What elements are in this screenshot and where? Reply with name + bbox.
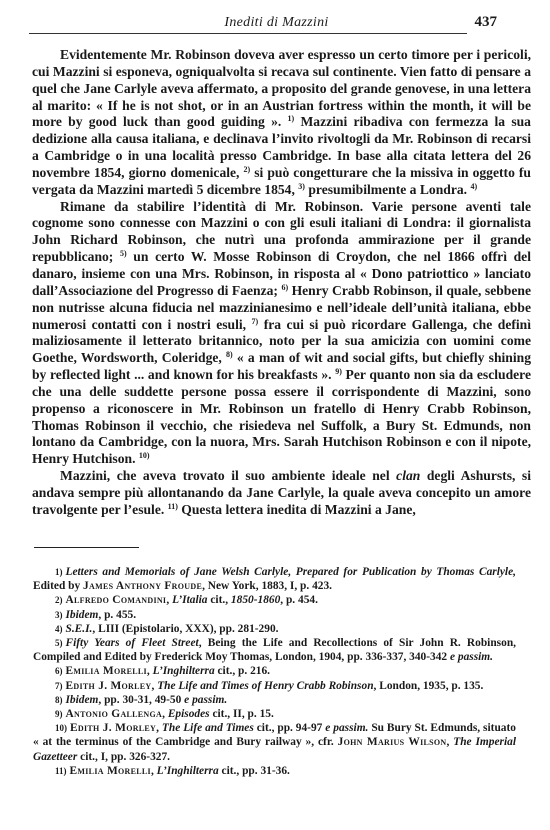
footnote: 3)Ibidem, p. 455. [33, 608, 516, 622]
body-text: Evidentemente Mr. Robinson doveva aver e… [32, 47, 531, 519]
italic-text: Letters and Memorials of Jane Welsh Carl… [66, 566, 517, 578]
footnote-number: 3) [55, 610, 63, 620]
footnote: 9)Antonio Gallenga, Episodes cit., II, p… [33, 707, 516, 721]
footnote-number: 4) [55, 624, 63, 634]
footnote: 1)Letters and Memorials of Jane Welsh Ca… [33, 565, 516, 593]
italic-text: e passim. [450, 651, 493, 663]
footnote-reference: 4) [470, 182, 477, 191]
author-name: Emilia Morelli [66, 665, 147, 677]
italic-text: 1850-1860 [231, 594, 280, 606]
italic-text: Episodes [168, 708, 210, 720]
footnote: 8)Ibidem, pp. 30-31, 49-50 e passim. [33, 693, 516, 707]
footnote-reference: 9) [335, 367, 342, 376]
body-paragraph: Rimane da stabilire l’identità di Mr. Ro… [32, 199, 531, 469]
italic-text: The Life and Times of Henry Crabb Robins… [157, 680, 373, 692]
italic-text: The Life and Times [162, 722, 254, 734]
footnote-reference: 11) [168, 502, 178, 511]
footnote: 5)Fifty Years of Fleet Street, Being the… [33, 636, 516, 664]
italic-text: e passim. [325, 722, 368, 734]
footnote-number: 10) [55, 723, 67, 733]
footnote-reference: 1) [288, 114, 295, 123]
author-name: John Marius Wilson [338, 736, 447, 748]
italic-text: e passim. [184, 694, 227, 706]
author-name: Edith J. Morley [70, 722, 156, 734]
italic-text: clan [396, 468, 420, 483]
footnote: 2)Alfredo Comandini, L’Italia cit., 1850… [33, 593, 516, 607]
italic-text: L’Inghilterra [157, 765, 219, 777]
author-name: James Anthony Froude [83, 580, 202, 592]
footnote-reference: 7) [252, 317, 259, 326]
body-paragraph: Evidentemente Mr. Robinson doveva aver e… [32, 47, 531, 199]
footnote: 4)S.E.I., LIII (Epistolario, XXX), pp. 2… [33, 622, 516, 636]
author-name: Alfredo Comandini [66, 594, 167, 606]
author-name: Emilia Morelli [70, 765, 151, 777]
footnote-number: 8) [55, 695, 63, 705]
italic-text: S.E.I. [66, 623, 93, 635]
italic-text: Fifty Years of Fleet Street [66, 637, 199, 649]
footnote: 6)Emilia Morelli, L’Inghilterra cit., p.… [33, 664, 516, 678]
footnote-reference: 8) [226, 350, 233, 359]
page-header: Inediti di Mazzini 437 [30, 14, 467, 34]
footnote-reference: 3) [298, 182, 305, 191]
italic-text: L’Italia [172, 594, 207, 606]
footnote-rule [34, 547, 139, 548]
footnote: 10)Edith J. Morley, The Life and Times c… [33, 721, 516, 764]
page-number: 437 [475, 14, 498, 31]
footnote-reference: 5) [120, 249, 127, 258]
footnotes: 1)Letters and Memorials of Jane Welsh Ca… [33, 565, 516, 778]
footnote-number: 9) [55, 709, 63, 719]
footnote-number: 5) [55, 638, 63, 648]
italic-text: Ibidem [66, 694, 99, 706]
running-title: Inediti di Mazzini [30, 15, 467, 31]
footnote: 11)Emilia Morelli, L’Inghilterra cit., p… [33, 764, 516, 778]
footnote-number: 7) [55, 681, 63, 691]
footnote-number: 11) [55, 766, 67, 776]
footnote-reference: 2) [244, 165, 251, 174]
footnote-number: 6) [55, 666, 63, 676]
body-paragraph: Mazzini, che aveva trovato il suo ambien… [32, 468, 531, 519]
footnote-number: 2) [55, 595, 63, 605]
footnote-number: 1) [55, 567, 63, 577]
header-rule [29, 33, 467, 34]
footnote-reference: 6) [281, 283, 288, 292]
author-name: Edith J. Morley [66, 680, 152, 692]
footnote: 7)Edith J. Morley, The Life and Times of… [33, 679, 516, 693]
footnote-reference: 10) [139, 451, 150, 460]
italic-text: L’Inghilterra [153, 665, 215, 677]
italic-text: Ibidem [66, 609, 99, 621]
author-name: Antonio Gallenga [66, 708, 163, 720]
